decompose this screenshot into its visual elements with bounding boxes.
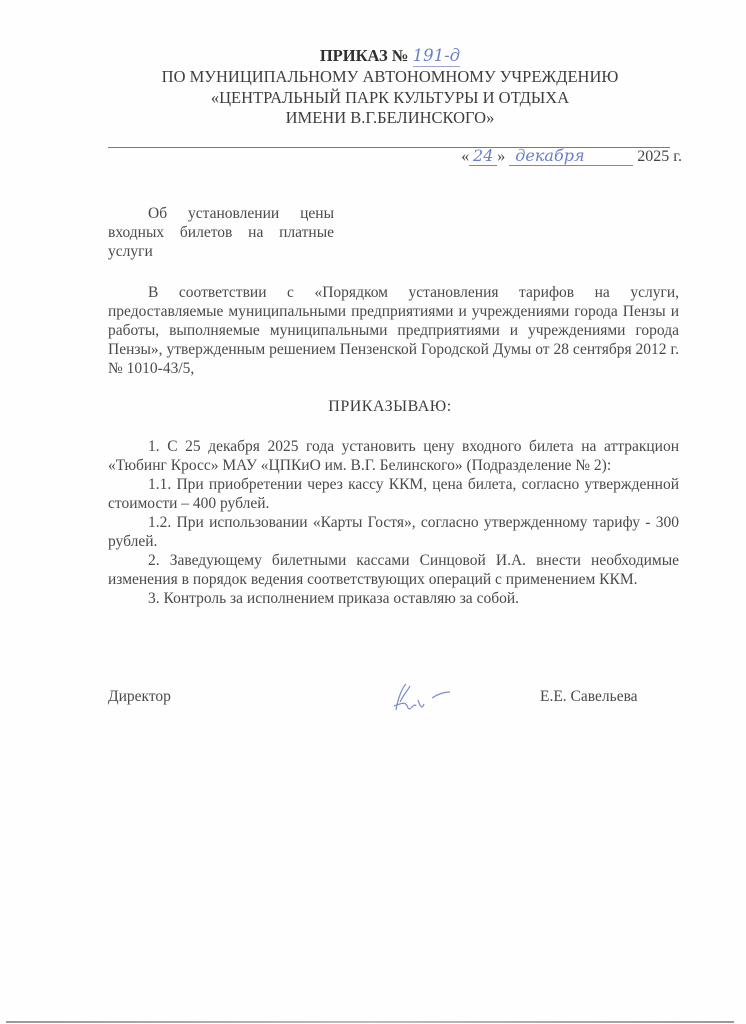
institution-line-1: ПО МУНИЦИПАЛЬНОМУ АВТОНОМНОМУ УЧРЕЖДЕНИЮ <box>100 67 680 87</box>
handwritten-signature-icon <box>388 680 458 721</box>
subject-text: Об установлении цены входных билетов на … <box>108 204 334 261</box>
order-label: ПРИКАЗ № <box>320 46 409 65</box>
preamble: В соответствии с «Порядком установления … <box>108 283 679 378</box>
preamble-text: В соответствии с «Порядком установления … <box>108 283 679 378</box>
date-day-handwritten: 24 <box>469 146 497 166</box>
signatory-title: Директор <box>108 688 171 706</box>
order-directive-word: ПРИКАЗЫВАЮ: <box>100 398 680 416</box>
date-close-quote: » <box>497 148 505 165</box>
date-open-quote: « <box>461 148 469 165</box>
signatory-name: Е.Е. Савельева <box>540 688 638 706</box>
order-item-3: 3. Контроль за исполнением приказа остав… <box>108 589 679 608</box>
order-item-1-1: 1.1. При приобретении через кассу ККМ, ц… <box>108 475 679 513</box>
scan-edge-line <box>6 1021 734 1023</box>
order-item-1-2: 1.2. При использовании «Карты Гостя», со… <box>108 513 679 551</box>
order-title-line: ПРИКАЗ № 191-д <box>100 46 680 67</box>
order-items: 1. С 25 декабря 2025 года установить цен… <box>108 437 679 608</box>
institution-line-3: ИМЕНИ В.Г.БЕЛИНСКОГО» <box>100 108 680 128</box>
order-subject: Об установлении цены входных билетов на … <box>108 204 334 261</box>
institution-line-2: «ЦЕНТРАЛЬНЫЙ ПАРК КУЛЬТУРЫ И ОТДЫХА <box>100 88 680 108</box>
date-year-suffix: г. <box>673 148 682 165</box>
date-month-handwritten: декабря <box>509 146 633 166</box>
order-item-2: 2. Заведующему билетными кассами Синцово… <box>108 551 679 589</box>
order-date: «24» декабря 2025 г. <box>461 146 682 166</box>
order-number-handwritten: 191-д <box>413 46 461 67</box>
order-item-1: 1. С 25 декабря 2025 года установить цен… <box>108 437 679 475</box>
date-year: 2025 <box>637 148 669 165</box>
